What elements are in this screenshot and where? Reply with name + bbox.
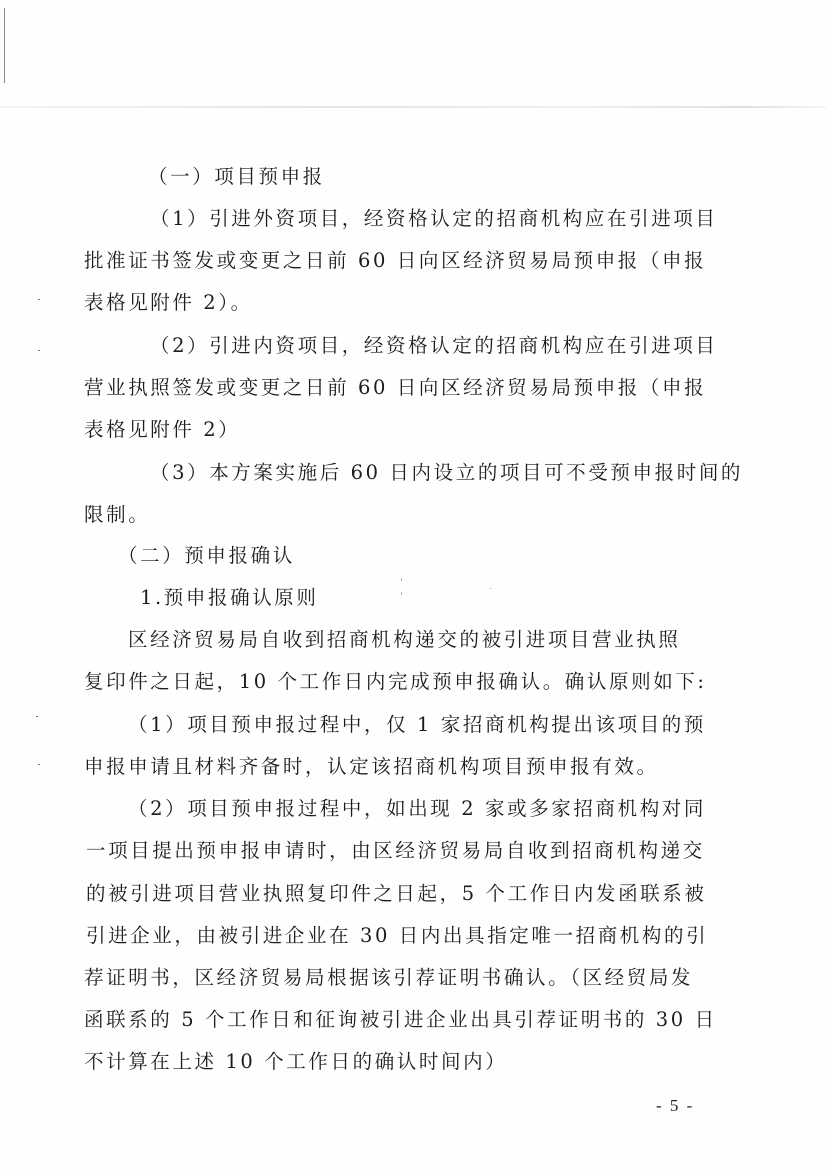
margin-dot <box>38 350 40 351</box>
text-line: 表格见附件 2） <box>84 416 240 444</box>
text-line: 函联系的 5 个工作日和征询被引进企业出具引荐证明书的 30 日 <box>84 1006 717 1034</box>
text-line: （一）项目预申报 <box>148 163 325 191</box>
page-number: - 5 - <box>656 1096 694 1116</box>
text-line: 批准证书签发或变更之日前 60 日向区经济贸易局预申报（申报 <box>84 247 706 275</box>
text-line: 营业执照签发或变更之日前 60 日向区经济贸易局预申报（申报 <box>84 374 706 402</box>
text-line: （2）项目预申报过程中，如出现 2 家或多家招商机构对同 <box>128 795 706 823</box>
text-line: 引进企业，由被引进企业在 30 日内出具指定唯一招商机构的引 <box>86 922 708 950</box>
text-line: 限制。 <box>84 501 150 529</box>
text-line: 的被引进项目营业执照复印件之日起，5 个工作日内发函联系被 <box>86 880 707 908</box>
text-line: 不计算在上述 10 个工作日的确认时间内） <box>84 1048 507 1076</box>
scan-speck <box>401 592 402 595</box>
text-line: （3）本方案实施后 60 日内设立的项目可不受预申报时间的 <box>150 459 743 487</box>
text-line: 区经济贸易局自收到招商机构递交的被引进项目营业执照 <box>128 626 681 654</box>
text-line: （1）引进外资项目，经资格认定的招商机构应在引进项目 <box>150 205 718 233</box>
text-line: （二）预申报确认 <box>118 542 295 570</box>
margin-dot <box>36 716 38 717</box>
margin-dot <box>38 299 40 300</box>
scan-speck <box>490 588 491 589</box>
text-line: 1.预申报确认原则 <box>140 584 319 612</box>
text-line: 申报申请且材料齐备时，认定该招商机构项目预申报有效。 <box>84 753 659 781</box>
scan-edge-artifact <box>4 8 5 83</box>
document-page: （一）项目预申报（1）引进外资项目，经资格认定的招商机构应在引进项目批准证书签发… <box>0 0 827 1170</box>
scan-line-artifact <box>0 106 827 108</box>
text-line: 复印件之日起，10 个工作日内完成预申报确认。确认原则如下: <box>84 668 707 696</box>
scan-speck <box>401 578 402 581</box>
text-line: 一项目提出预申报申请时，由区经济贸易局自收到招商机构递交 <box>86 837 705 865</box>
margin-dot <box>38 764 40 765</box>
text-line: 荐证明书，区经济贸易局根据该引荐证明书确认。（区经贸局发 <box>84 964 693 992</box>
text-line: （2）引进内资项目，经资格认定的招商机构应在引进项目 <box>150 332 718 360</box>
text-line: （1）项目预申报过程中，仅 1 家招商机构提出该项目的预 <box>128 711 706 739</box>
text-line: 表格见附件 2）。 <box>84 289 253 317</box>
